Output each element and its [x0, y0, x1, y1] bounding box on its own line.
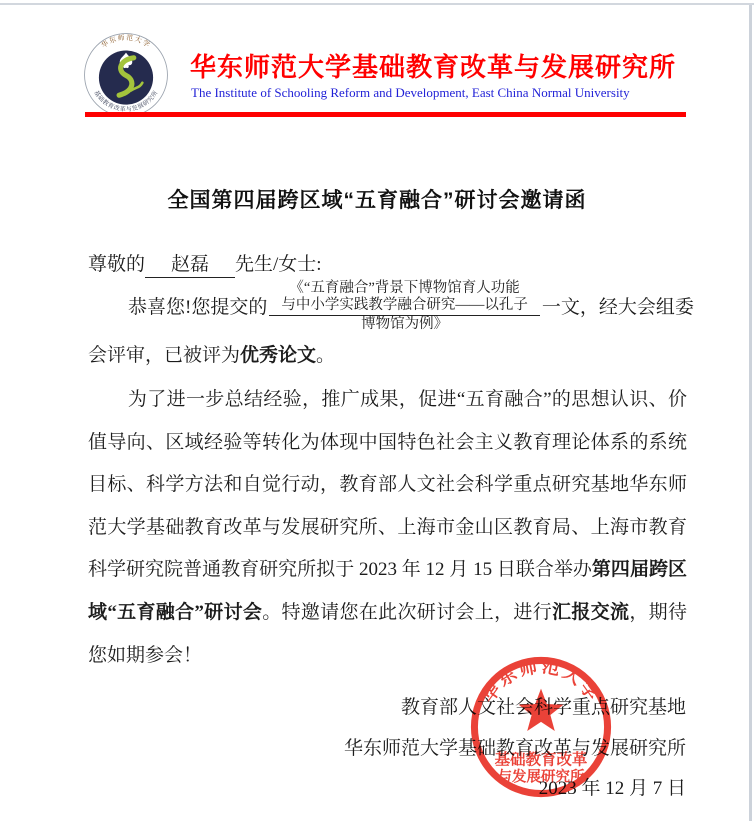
document-title: 全国第四届跨区域“五育融合”研讨会邀请函: [0, 184, 754, 214]
paper-title-line2: 与中小学实践教学融合研究——以孔子: [269, 297, 540, 316]
text-segment: 会评审，已被评为: [88, 345, 240, 366]
text-segment: 。特邀请您在此次研讨会上，进行: [262, 602, 552, 623]
text-segment: 汇报交流: [552, 602, 629, 623]
salutation-line: 尊敬的赵磊先生/女士:: [88, 249, 322, 278]
review-result-line: 会评审，已被评为优秀论文。: [88, 340, 335, 367]
text-segment: 。: [316, 345, 335, 366]
text-segment: 优秀论文: [240, 345, 316, 366]
signature-org-line2: 华东师范大学基础教育改革与发展研究所: [266, 729, 686, 770]
header-divider-rule: [85, 112, 686, 117]
institute-name-cn: 华东师范大学基础教育改革与发展研究所: [190, 47, 710, 84]
body-paragraph: 为了进一步总结经验，推广成果，促进“五育融合”的思想认识、价值导向、区域经验等转…: [88, 379, 687, 677]
invitation-letter-page: 华东师范大学 基础教育改革与发展研究所 华东师范大学基础教育改革与发展研究所 T…: [0, 0, 754, 821]
university-logo-icon: 华东师范大学 基础教育改革与发展研究所: [77, 32, 175, 118]
salutation-prefix: 尊敬的: [88, 254, 145, 275]
congratulations-line: 恭喜您!您提交的《“五育融合”背景下博物馆育人功能与中小学实践教学融合研究——以…: [88, 282, 694, 335]
recipient-name: 赵磊: [145, 249, 235, 278]
paper-title-line1: 《“五育融合”背景下博物馆育人功能: [269, 280, 540, 297]
congrats-suffix: 一文，经大会组委: [542, 297, 694, 318]
signature-block: 教育部人文社会科学重点研究基地 华东师范大学基础教育改革与发展研究所 2023 …: [266, 688, 686, 810]
salutation-suffix: 先生/女士:: [235, 254, 322, 275]
paper-title: 《“五育融合”背景下博物馆育人功能与中小学实践教学融合研究——以孔子博物馆为例》: [269, 280, 540, 333]
paper-title-line3: 博物馆为例》: [269, 316, 540, 333]
text-segment: 为了进一步总结经验，推广成果，促进“五育融合”的思想认识、价值导向、区域经验等转…: [88, 389, 687, 580]
congrats-prefix: 恭喜您!您提交的: [88, 297, 267, 318]
signature-date: 2023 年 12 月 7 日: [266, 769, 686, 810]
signature-org-line1: 教育部人文社会科学重点研究基地: [266, 688, 686, 729]
institute-name-en: The Institute of Schooling Reform and De…: [191, 85, 731, 101]
page-top-border: [0, 3, 754, 5]
page-right-border: [749, 5, 752, 821]
